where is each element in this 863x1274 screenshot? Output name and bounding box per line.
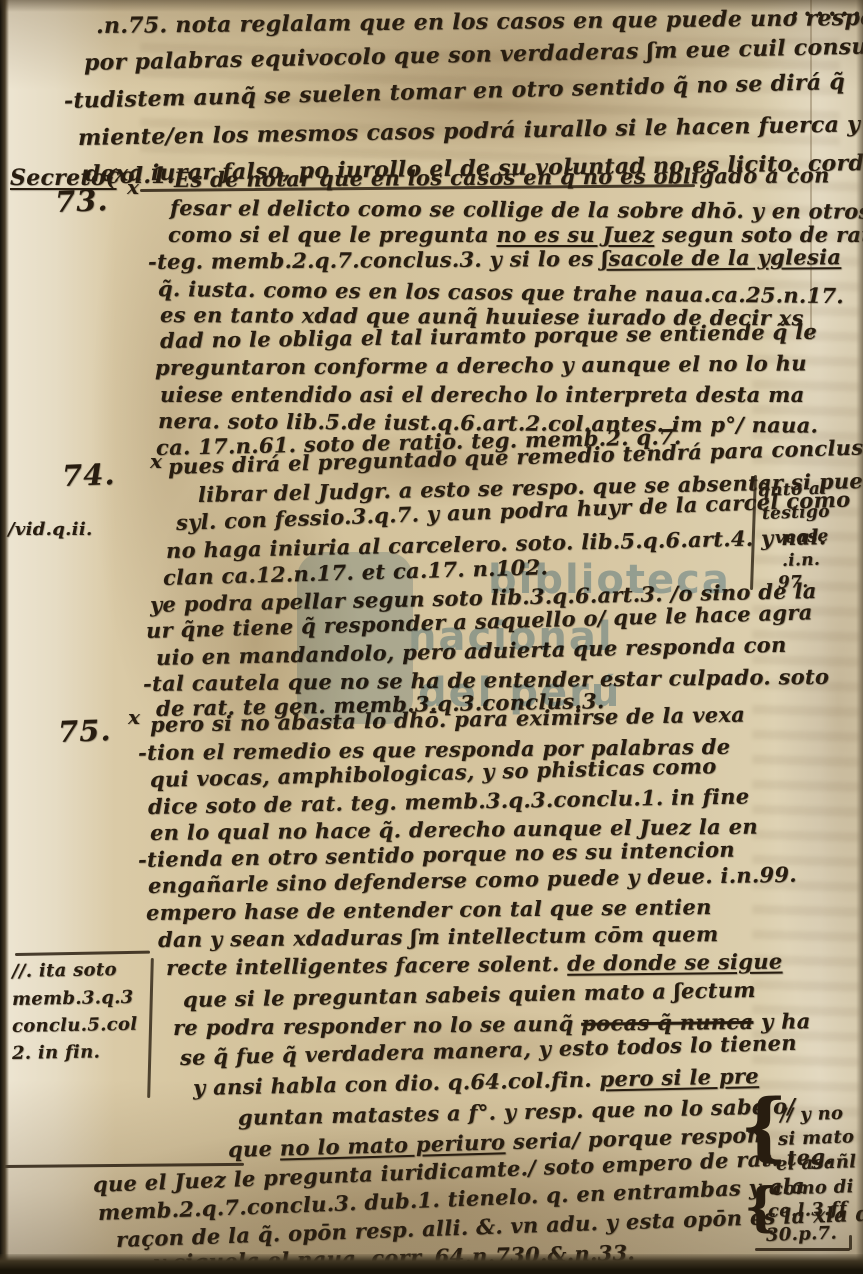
manuscript-line: empero hase de entender con tal que se e… [146,895,712,925]
ink-rule [755,1248,850,1251]
margin-note-right: 97. [778,573,809,594]
margin-note-right: el asañl [776,1152,857,1175]
line-fragment-underlined: pero si le pre [599,1063,759,1091]
manuscript-line: -tudistem aunq̃ se suelen tomar en otro … [64,70,846,114]
margin-note-right: vease [775,527,829,548]
line-fragment-underlined: no lo mato periuro [279,1129,505,1160]
margin-number-74: 74. [61,458,116,493]
line-fragment: re podra responder no lo se aunq̃ [173,1011,581,1040]
page-edge-right [856,0,863,1274]
margin-number-75: 75. [57,714,112,749]
line-fragment: que [228,1136,281,1162]
margin-note-vid: /vid.q.ii. [8,520,93,541]
margin-note-left: //. ita soto [12,960,117,983]
margin-note-left: 2. in fin. [12,1042,101,1064]
margin-note-right: 30.p.7. [766,1224,838,1247]
line-fragment: como si el que le pregunta [168,222,496,247]
manuscript-line: y ansi habla con dio. q.64.col.fin. pero… [193,1064,759,1100]
line-fragment-underlined: de donde se sigue [567,949,783,976]
margin-number-73: 73. [54,184,109,219]
manuscript-line: por palabras equivocolo que son verdader… [84,34,863,76]
manuscript-line: que si le preguntan sabeis quien mato a … [183,978,756,1012]
paragraph-mark: x [150,450,162,473]
line-fragment-underlined: ʃsacole de la yglesia [601,244,841,271]
ink-rule [15,951,150,956]
ink-rule-vertical [849,1235,852,1250]
margin-note-right: // y no [780,1104,844,1127]
line-fragment: y ansi habla con dio. q.64.col.fin. [193,1066,600,1100]
line-fragment-underlined: no es su Juez [496,222,654,247]
paragraph-mark: x [128,706,140,729]
margin-note-left: memb.3.q.3 [12,988,134,1011]
manuscript-line: Es de notar que en los casos en q̃ no es… [174,163,830,192]
manuscript-line: uiese entendido asi el derecho lo interp… [160,383,805,407]
margin-note-right: como di [772,1177,854,1201]
page-edge-top [0,0,863,12]
page-edge-bottom [0,1254,863,1274]
manuscript-line: fesar el delicto como se collige de la s… [170,196,863,224]
manuscript-line: miente/en los mesmos casos podrá iurallo… [78,111,863,151]
margin-note-right: .i.n. [782,551,821,572]
margin-note-right: q̃nto al [758,480,828,502]
margin-note-right: ce.l.3.ff [768,1199,847,1222]
margin-note-right: si mato [778,1127,855,1150]
manuscript-line: como si el que le pregunta no es su Juez… [168,223,863,247]
line-fragment: recte intelligentes facere solent. [166,951,567,980]
margin-heading-col: col.1. [106,164,175,189]
manuscript-line: preguntaron conforme a derecho y aunque … [155,351,807,380]
ink-rule-vertical [147,958,153,1098]
manuscript-page: ······ .n.75. nota reglalam que en los c… [0,0,863,1274]
page-edge-left [0,0,9,1274]
manuscript-line: recte intelligentes facere solent. de do… [166,950,783,981]
margin-note-right: testigo [762,503,831,525]
line-fragment: -teg. memb.2.q.7.conclus.3. y si lo es [148,246,601,274]
margin-note-left: conclu.5.col [12,1015,138,1038]
manuscript-line: dan y sean xdaduras ʃm intellectum cōm q… [158,922,719,952]
paragraph-mark: x [127,176,139,199]
manuscript-line: -teg. memb.2.q.7.conclus.3. y si lo es ʃ… [148,245,841,274]
